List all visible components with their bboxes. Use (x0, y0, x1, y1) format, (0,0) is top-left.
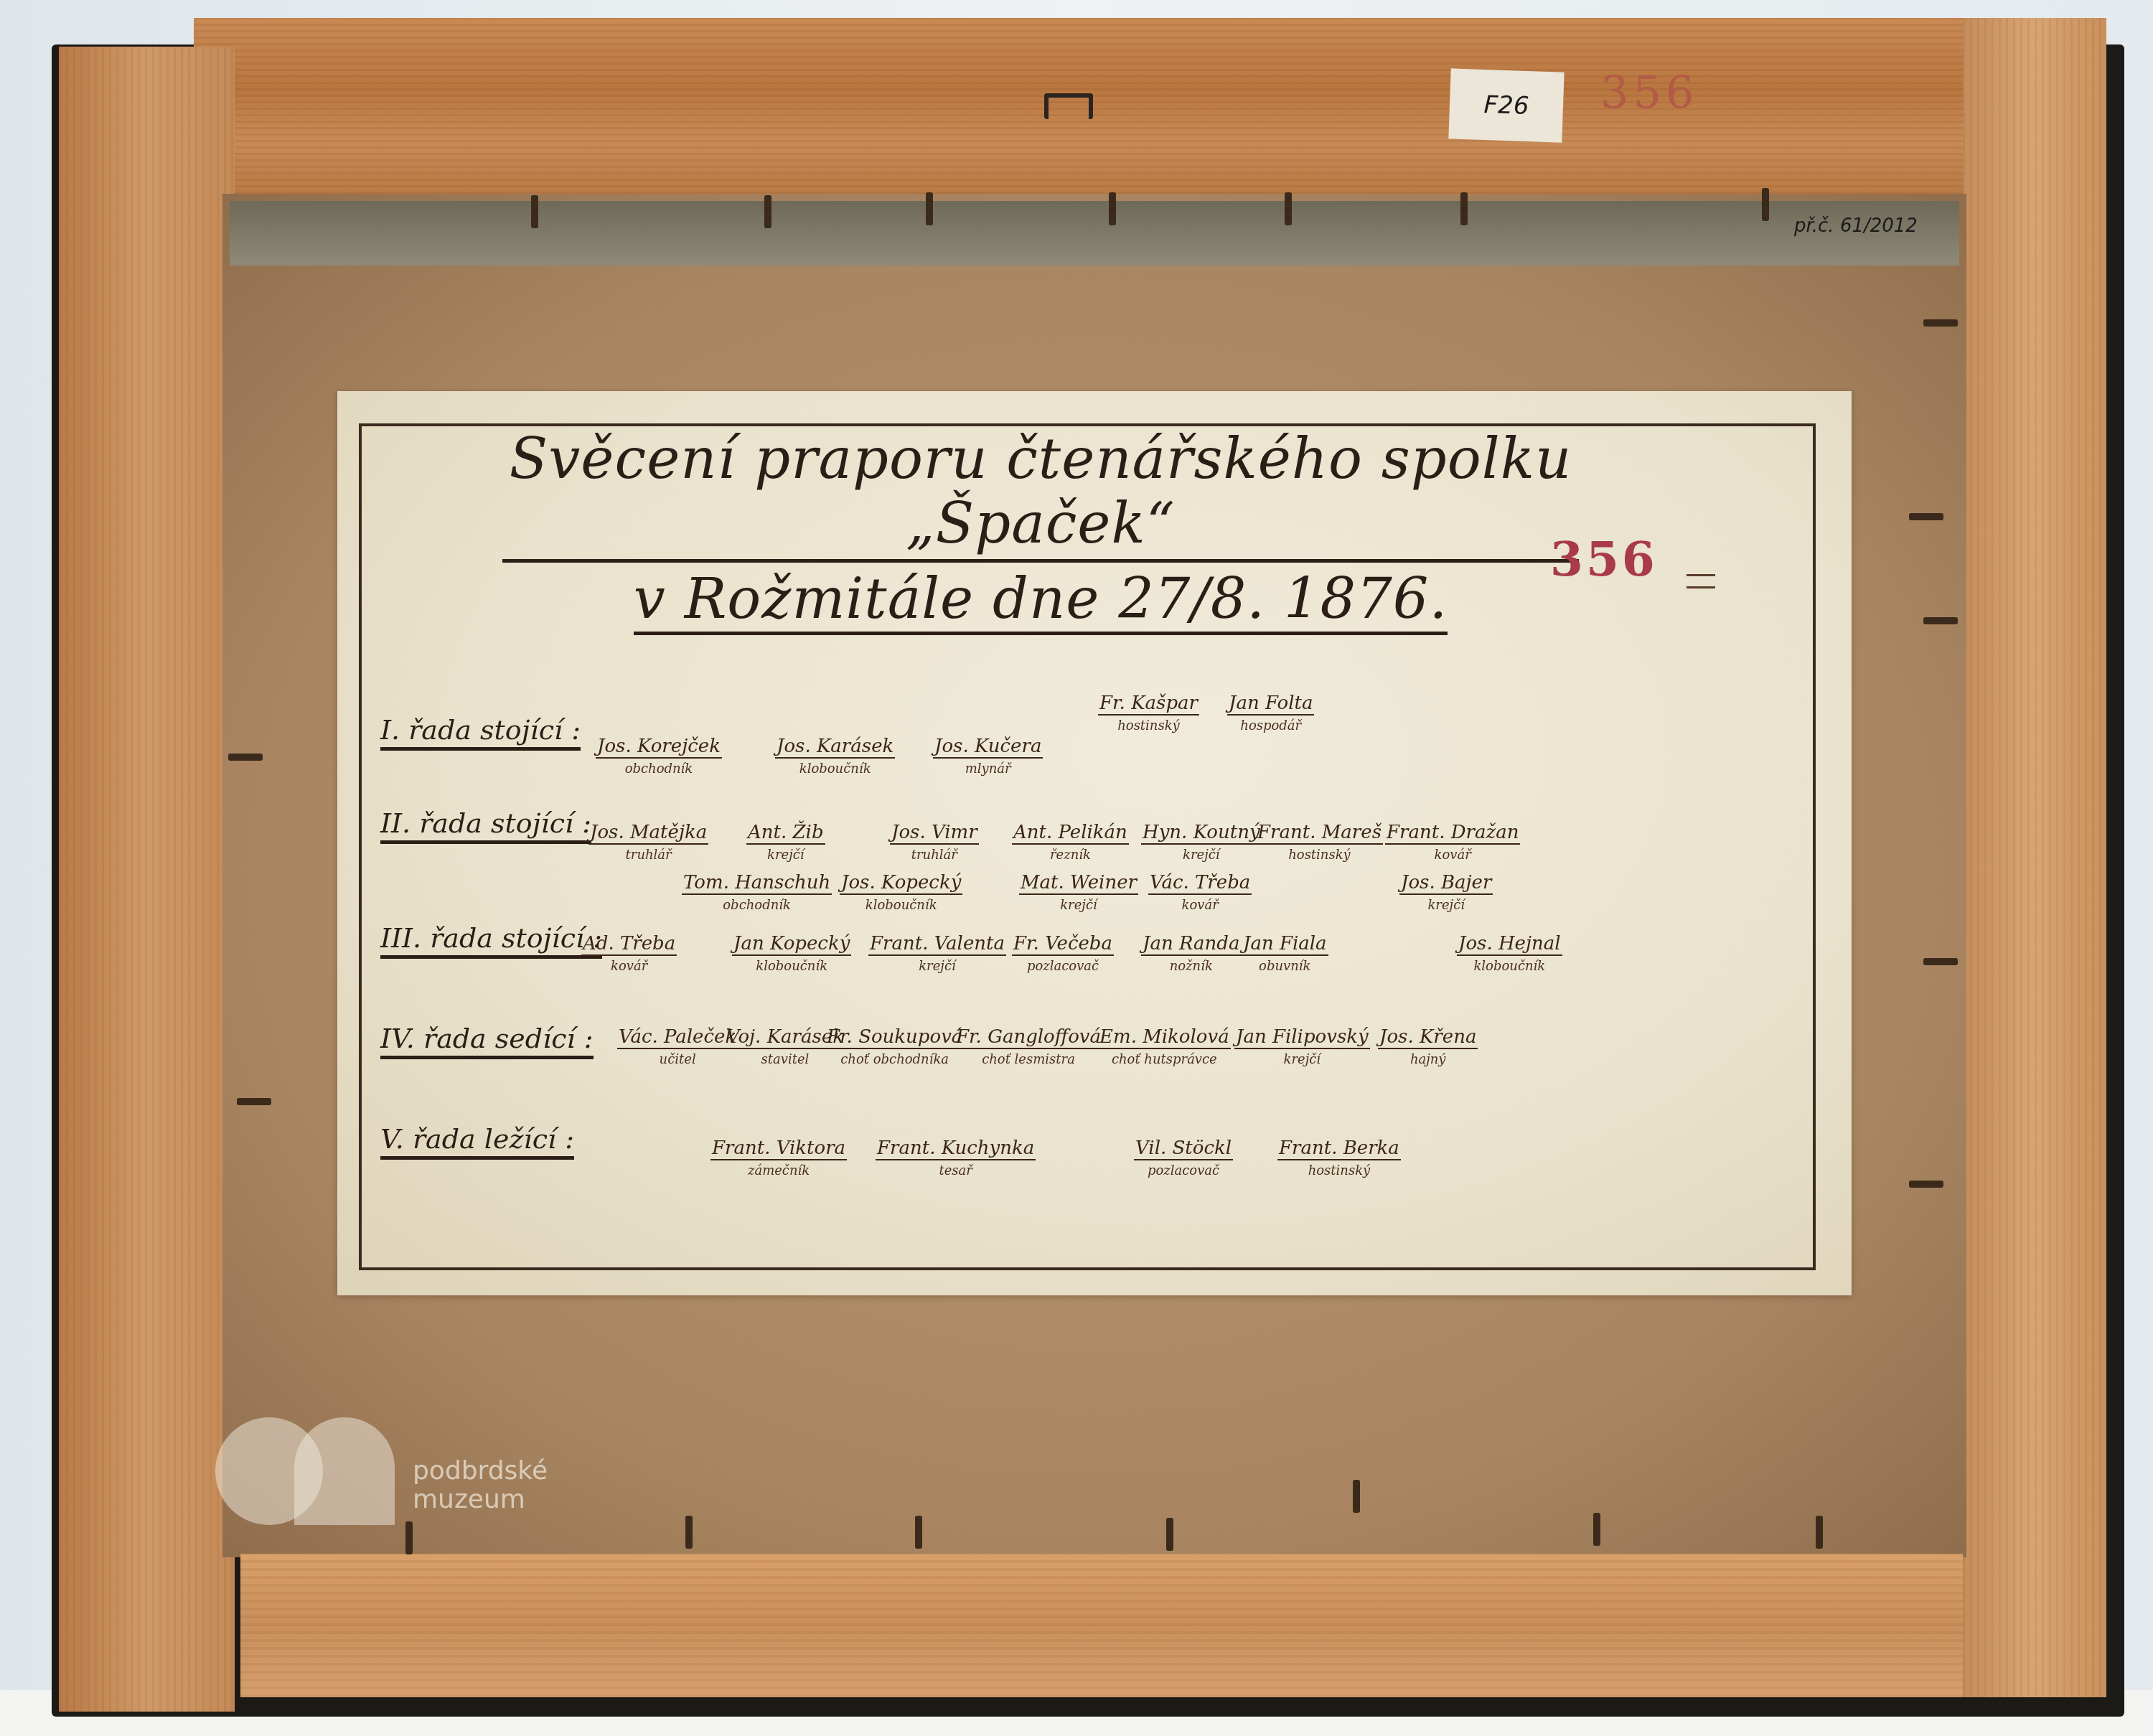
person-occupation: mlynář (933, 761, 1043, 776)
person-entry: Frant. Dražankovář (1385, 822, 1520, 863)
nail-icon (1762, 188, 1769, 221)
title-line-2: v Rožmitále dne 27/8. 1876. (634, 567, 1448, 635)
row-label: IV. řada sedící : (380, 1023, 594, 1059)
nail-icon (1909, 513, 1943, 520)
person-name: Jan Filipovský (1234, 1026, 1370, 1049)
row-label: I. řada stojící : (380, 714, 581, 751)
person-name: Frant. Berka (1277, 1137, 1401, 1160)
person-occupation: choť hutsprávce (1098, 1052, 1231, 1067)
person-occupation: truhlář (890, 848, 979, 863)
nail-icon (405, 1521, 413, 1554)
person-entry: Fr. Gangloffováchoť lesmistra (954, 1026, 1102, 1067)
person-entry: Fr. Kašparhostinský (1098, 693, 1199, 733)
person-name: Vác. Třeba (1148, 872, 1252, 895)
nail-icon (1285, 192, 1292, 225)
backing-upper-strip (230, 201, 1959, 266)
person-entry: Jos. Křenahajný (1378, 1026, 1478, 1067)
person-entry: Jan Randanožník (1141, 933, 1242, 974)
person-occupation: pozlacovač (1012, 959, 1114, 974)
person-entry: Mat. Weinerkrejčí (1019, 872, 1138, 913)
person-occupation: hostinský (1277, 1163, 1401, 1178)
museum-logo-icon (215, 1417, 402, 1525)
nail-icon (1923, 958, 1958, 965)
inventory-note: př.č. 61/2012 (1794, 215, 1918, 237)
person-name: Vil. Stöckl (1134, 1137, 1233, 1160)
person-entry: Jan Filipovskýkrejčí (1234, 1026, 1370, 1067)
person-entry: Frant. Berkahostinský (1277, 1137, 1401, 1178)
person-occupation: truhlář (588, 848, 708, 863)
person-occupation: choť lesmistra (954, 1052, 1102, 1067)
paper-tag: F26 (1448, 68, 1564, 142)
person-entry: Vác. Třebakovář (1148, 872, 1252, 913)
person-name: Vác. Paleček (617, 1026, 738, 1049)
person-occupation: choť obchodníka (825, 1052, 964, 1067)
person-occupation: obchodník (596, 761, 722, 776)
person-name: Fr. Gangloffová (954, 1026, 1102, 1049)
person-name: Em. Mikolová (1098, 1026, 1231, 1049)
person-name: Frant. Dražan (1385, 822, 1520, 845)
person-occupation: pozlacovač (1134, 1163, 1233, 1178)
frame-red-number: 356 (1600, 66, 1698, 118)
person-entry: Vil. Stöcklpozlacovač (1134, 1137, 1233, 1178)
person-occupation: krejčí (1141, 848, 1262, 863)
person-name: Fr. Soukupová (825, 1026, 964, 1049)
person-name: Jan Kopecký (732, 933, 851, 956)
person-entry: Jos. Korejčekobchodník (596, 736, 722, 776)
label-row: I. řada stojící :Jos. KorejčekobchodníkJ… (380, 700, 1816, 786)
person-entry: Jos. Kučeramlynář (933, 736, 1043, 776)
nail-icon (1816, 1516, 1823, 1549)
person-entry: Jos. Matějkatruhlář (588, 822, 708, 863)
person-name: Jos. Vimr (890, 822, 979, 845)
person-entry: Frant. Valentakrejčí (868, 933, 1006, 974)
person-entry: Jos. Bajerkrejčí (1399, 872, 1493, 913)
person-entry: Frant. Kuchynkatesař (876, 1137, 1036, 1178)
frame-left-rail (59, 47, 235, 1712)
person-name: Jos. Kopecký (840, 872, 962, 895)
person-name: Frant. Viktora (710, 1137, 847, 1160)
label-row: V. řada ležící :Frant. ViktorazámečníkFr… (380, 1109, 1816, 1195)
museum-name: podbrdské muzeum (413, 1457, 548, 1514)
person-entry: Jos. Hejnalkloboučník (1457, 933, 1562, 974)
person-entry: Frant. Marešhostinský (1256, 822, 1383, 863)
frame-right-rail (1963, 18, 2106, 1697)
person-name: Jos. Korejček (596, 736, 722, 759)
person-occupation: zámečník (710, 1163, 847, 1178)
nail-icon (1593, 1513, 1600, 1546)
person-name: Tom. Hanschuh (682, 872, 832, 895)
person-name: Ad. Třeba (581, 933, 677, 956)
person-entry: Vác. Palečekučitel (617, 1026, 738, 1067)
person-name: Fr. Kašpar (1098, 693, 1199, 715)
person-occupation: obuvník (1242, 959, 1328, 974)
person-name: Ant. Žib (746, 822, 825, 845)
nail-icon (237, 1098, 271, 1105)
person-name: Jan Fiala (1242, 933, 1328, 956)
nail-icon (228, 754, 263, 761)
person-entry: Jos. Karásekkloboučník (775, 736, 895, 776)
label-row: IV. řada sedící :Vác. PalečekučitelVoj. … (380, 1008, 1816, 1094)
person-occupation: řezník (1012, 848, 1129, 863)
person-entry: Fr. Soukupováchoť obchodníka (825, 1026, 964, 1067)
person-entry: Jan Kopeckýkloboučník (732, 933, 851, 974)
nail-icon (1166, 1518, 1173, 1551)
person-occupation: hospodář (1227, 718, 1314, 733)
person-name: Mat. Weiner (1019, 872, 1138, 895)
person-entry: Jos. Vimrtruhlář (890, 822, 979, 863)
double-dash-mark (1687, 574, 1715, 588)
handwritten-label: Svěcení praporu čtenářského spolku „Špač… (337, 391, 1852, 1295)
person-name: Frant. Valenta (868, 933, 1006, 956)
nail-icon (764, 195, 771, 228)
person-entry: Ant. Pelikánřezník (1012, 822, 1129, 863)
person-name: Ant. Pelikán (1012, 822, 1129, 845)
hanging-loop-icon (1044, 93, 1093, 119)
person-entry: Ant. Žibkrejčí (746, 822, 825, 863)
person-occupation: krejčí (868, 959, 1006, 974)
nail-icon (685, 1516, 693, 1549)
person-occupation: krejčí (746, 848, 825, 863)
person-occupation: kloboučník (1457, 959, 1562, 974)
nail-icon (1923, 319, 1958, 327)
person-name: Frant. Kuchynka (876, 1137, 1036, 1160)
person-name: Jos. Karásek (775, 736, 895, 759)
person-entry: Ad. Třebakovář (581, 933, 677, 974)
nail-icon (1353, 1480, 1360, 1513)
label-row: II. řada stojící :Jos. MatějkatruhlářAnt… (380, 793, 1816, 879)
person-occupation: hostinský (1098, 718, 1199, 733)
person-entry: Hyn. Koutnýkrejčí (1141, 822, 1262, 863)
person-entry: Jan Foltahospodář (1227, 693, 1314, 733)
person-name: Jos. Bajer (1399, 872, 1493, 895)
person-occupation: hostinský (1256, 848, 1383, 863)
person-name: Jos. Matějka (588, 822, 708, 845)
person-name: Jan Folta (1227, 693, 1314, 715)
stamp-number: 356 (1550, 531, 1658, 587)
person-occupation: nožník (1141, 959, 1242, 974)
person-name: Jos. Kučera (933, 736, 1043, 759)
nail-icon (1460, 192, 1468, 225)
person-name: Jos. Křena (1378, 1026, 1478, 1049)
nail-icon (915, 1516, 922, 1549)
person-entry: Jos. Kopeckýkloboučník (840, 872, 962, 913)
person-entry: Frant. Viktorazámečník (710, 1137, 847, 1178)
nail-icon (926, 192, 933, 225)
person-entry: Fr. Večebapozlacovač (1012, 933, 1114, 974)
person-occupation: tesař (876, 1163, 1036, 1178)
person-name: Frant. Mareš (1256, 822, 1383, 845)
person-name: Jos. Hejnal (1457, 933, 1562, 956)
person-occupation: učitel (617, 1052, 738, 1067)
person-entry: Tom. Hanschuhobchodník (682, 872, 832, 913)
person-name: Jan Randa (1141, 933, 1242, 956)
nail-icon (1909, 1181, 1943, 1188)
person-occupation: kovář (581, 959, 677, 974)
person-occupation: kovář (1385, 848, 1520, 863)
frame-bottom-rail (240, 1554, 1963, 1697)
person-name: Hyn. Koutný (1141, 822, 1262, 845)
row-label: II. řada stojící : (380, 807, 591, 844)
label-title: Svěcení praporu čtenářského spolku „Špač… (502, 427, 1579, 635)
person-occupation: kloboučník (732, 959, 851, 974)
person-occupation: hajný (1378, 1052, 1478, 1067)
label-row: III. řada stojící :Ad. TřebakovářJan Kop… (380, 908, 1816, 994)
person-name: Fr. Večeba (1012, 933, 1114, 956)
person-occupation: krejčí (1234, 1052, 1370, 1067)
person-occupation: kloboučník (775, 761, 895, 776)
person-entry: Jan Fialaobuvník (1242, 933, 1328, 974)
row-label: V. řada ležící : (380, 1123, 574, 1160)
title-line-1: Svěcení praporu čtenářského spolku „Špač… (502, 427, 1579, 563)
nail-icon (531, 195, 538, 228)
nail-icon (1109, 192, 1116, 225)
person-entry: Em. Mikolováchoť hutsprávce (1098, 1026, 1231, 1067)
row-label: III. řada stojící : (380, 922, 602, 959)
nail-icon (1923, 617, 1958, 624)
